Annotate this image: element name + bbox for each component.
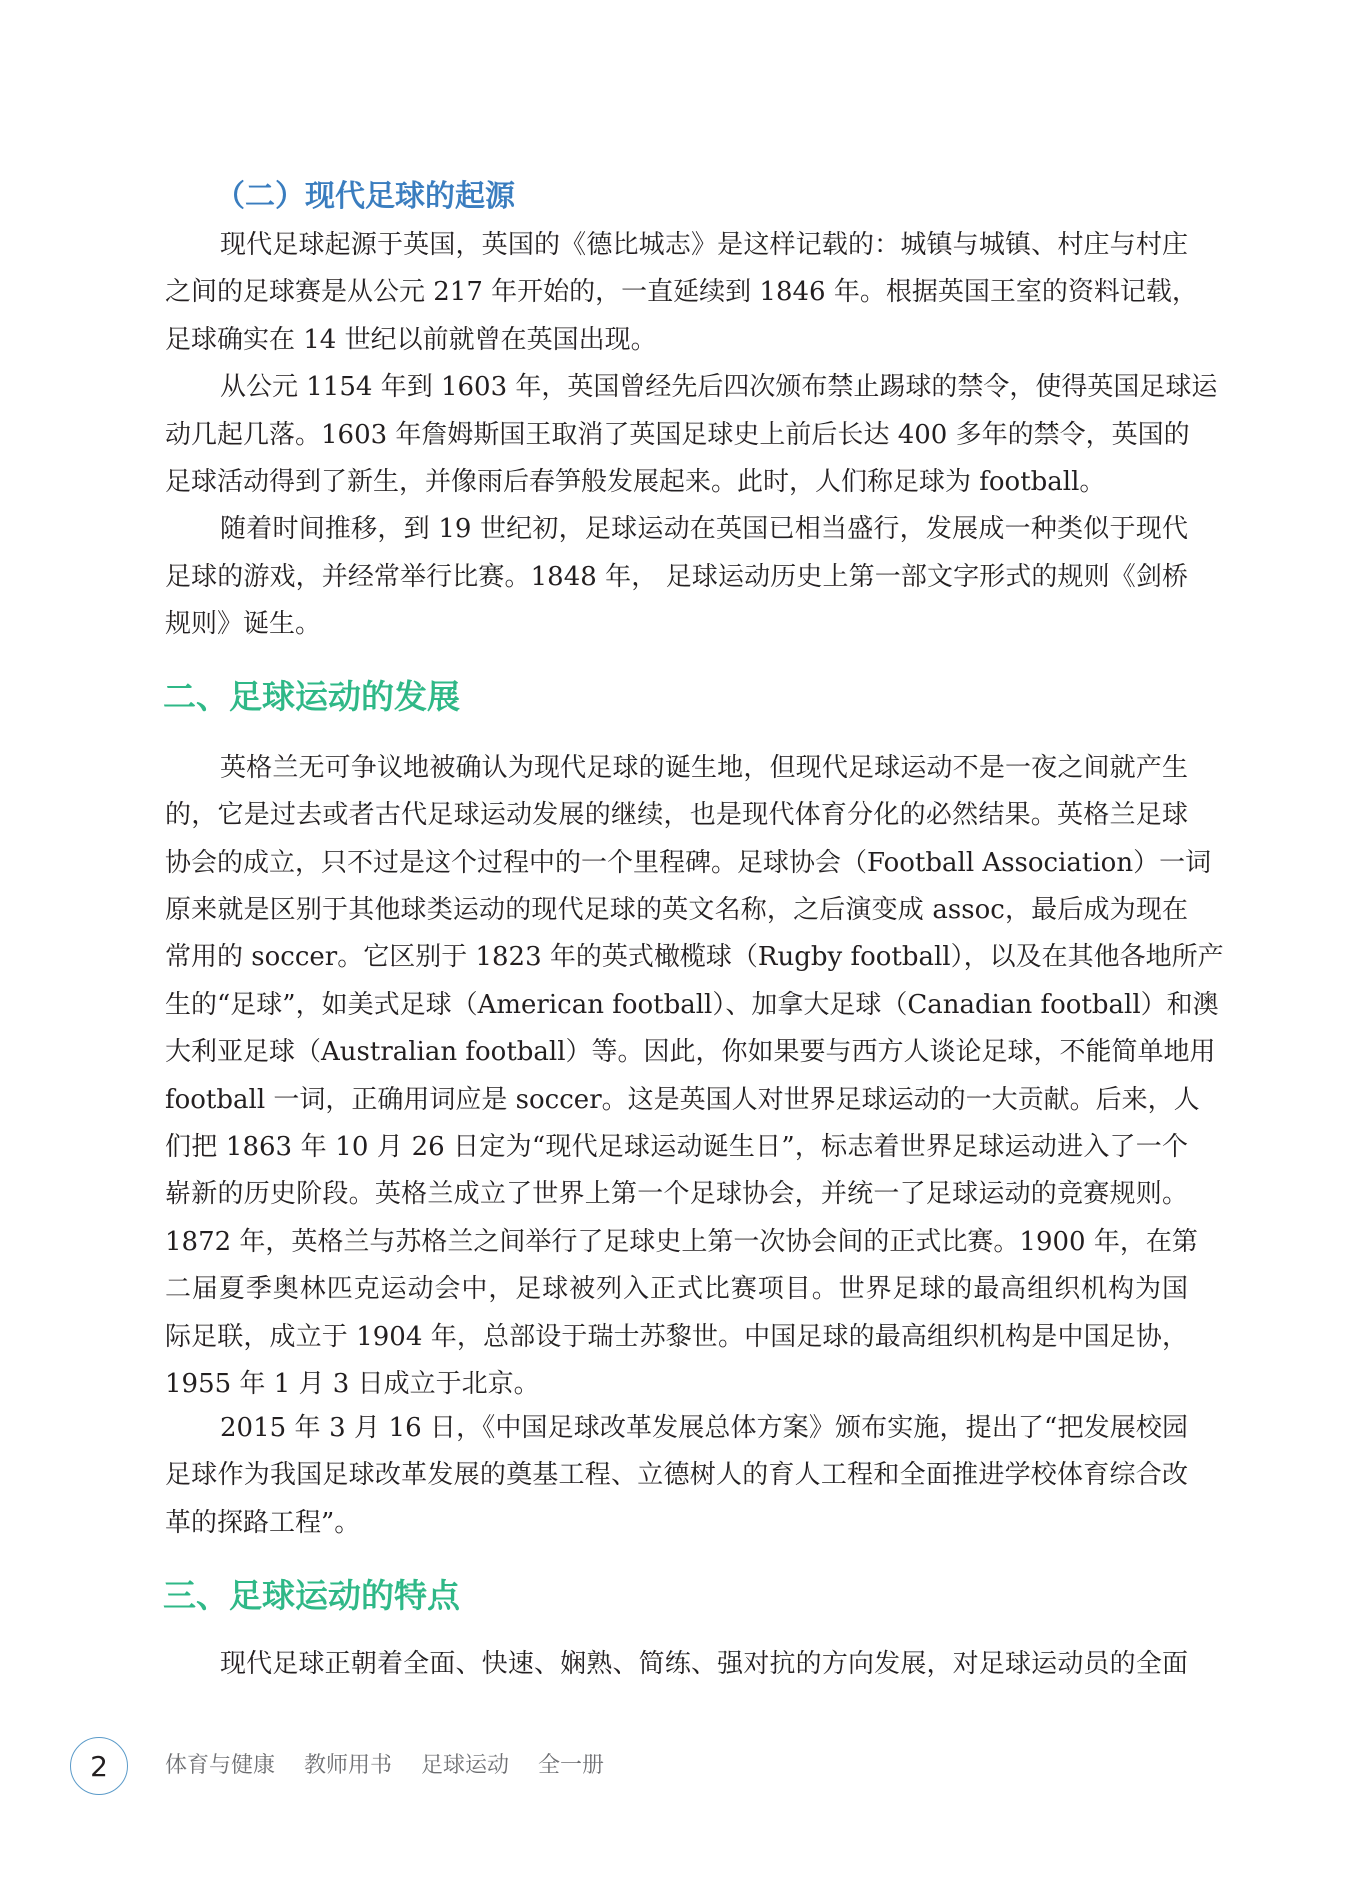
paragraph-line: 现代足球起源于英国，英国的《德比城志》是这样记载的：城镇与城镇、村庄与村庄 xyxy=(220,222,1188,269)
running-footer: 体育与健康 教师用书 足球运动 全一册 xyxy=(165,1748,626,1784)
subheading-modern-football-origin: （二）现代足球的起源 xyxy=(215,176,515,218)
paragraph-line: 之间的足球赛是从公元 217 年开始的，一直延续到 1846 年。根据英国王室的… xyxy=(165,269,1188,316)
footer-volume: 全一册 xyxy=(538,1753,604,1778)
paragraph-line: 生的“足球”，如美式足球（American football）、加拿大足球（Ca… xyxy=(165,982,1188,1029)
footer-topic: 足球运动 xyxy=(421,1753,509,1778)
paragraph-line: 足球的游戏，并经常举行比赛。1848 年， 足球运动历史上第一部文字形式的规则《… xyxy=(165,554,1188,601)
footer-book-type: 教师用书 xyxy=(304,1753,392,1778)
paragraph-line: 的，它是过去或者古代足球运动发展的继续，也是现代体育分化的必然结果。英格兰足球 xyxy=(165,792,1188,839)
paragraph-line: 原来就是区别于其他球类运动的现代足球的英文名称，之后演变成 assoc，最后成为… xyxy=(165,887,1188,934)
paragraph-line: football 一词，正确用词应是 soccer。这是英国人对世界足球运动的一… xyxy=(165,1077,1188,1124)
paragraph-line: 二届夏季奥林匹克运动会中，足球被列入正式比赛项目。世界足球的最高组织机构为国 xyxy=(165,1266,1188,1313)
paragraph-line: 革的探路工程”。 xyxy=(165,1500,1188,1547)
paragraph-line: 们把 1863 年 10 月 26 日定为“现代足球运动诞生日”，标志着世界足球… xyxy=(165,1124,1188,1171)
paragraph-line: 现代足球正朝着全面、快速、娴熟、简练、强对抗的方向发展，对足球运动员的全面 xyxy=(220,1641,1188,1688)
paragraph-line: 常用的 soccer。它区别于 1823 年的英式橄榄球（Rugby footb… xyxy=(165,934,1188,981)
paragraph-line: 从公元 1154 年到 1603 年，英国曾经先后四次颁布禁止踢球的禁令，使得英… xyxy=(220,364,1188,411)
paragraph-line: 足球活动得到了新生，并像雨后春笋般发展起来。此时，人们称足球为 football… xyxy=(165,459,1188,506)
paragraph-line: 协会的成立，只不过是这个过程中的一个里程碑。足球协会（Football Asso… xyxy=(165,840,1188,887)
page-number: 2 xyxy=(90,1750,108,1783)
paragraph-line: 1872 年，英格兰与苏格兰之间举行了足球史上第一次协会间的正式比赛。1900 … xyxy=(165,1219,1188,1266)
paragraph-line: 规则》诞生。 xyxy=(165,601,1188,648)
heading-football-features: 三、足球运动的特点 xyxy=(163,1573,460,1619)
heading-football-development: 二、足球运动的发展 xyxy=(163,674,460,720)
footer-subject: 体育与健康 xyxy=(165,1753,275,1778)
paragraph-line: 随着时间推移，到 19 世纪初，足球运动在英国已相当盛行，发展成一种类似于现代 xyxy=(220,506,1188,553)
paragraph-line: 动几起几落。1603 年詹姆斯国王取消了英国足球史上前后长达 400 多年的禁令… xyxy=(165,412,1188,459)
paragraph-line: 大利亚足球（Australian football）等。因此，你如果要与西方人谈… xyxy=(165,1029,1188,1076)
paragraph-line: 崭新的历史阶段。英格兰成立了世界上第一个足球协会，并统一了足球运动的竞赛规则。 xyxy=(165,1171,1188,1218)
page-number-badge: 2 xyxy=(70,1737,128,1795)
paragraph-line: 足球作为我国足球改革发展的奠基工程、立德树人的育人工程和全面推进学校体育综合改 xyxy=(165,1452,1188,1499)
paragraph-line: 足球确实在 14 世纪以前就曾在英国出现。 xyxy=(165,317,1188,364)
paragraph-line: 际足联，成立于 1904 年，总部设于瑞士苏黎世。中国足球的最高组织机构是中国足… xyxy=(165,1314,1188,1361)
paragraph-line: 1955 年 1 月 3 日成立于北京。 xyxy=(165,1361,1188,1408)
paragraph-line: 英格兰无可争议地被确认为现代足球的诞生地，但现代足球运动不是一夜之间就产生 xyxy=(220,745,1188,792)
paragraph-line: 2015 年 3 月 16 日，《中国足球改革发展总体方案》颁布实施，提出了“把… xyxy=(220,1405,1188,1452)
